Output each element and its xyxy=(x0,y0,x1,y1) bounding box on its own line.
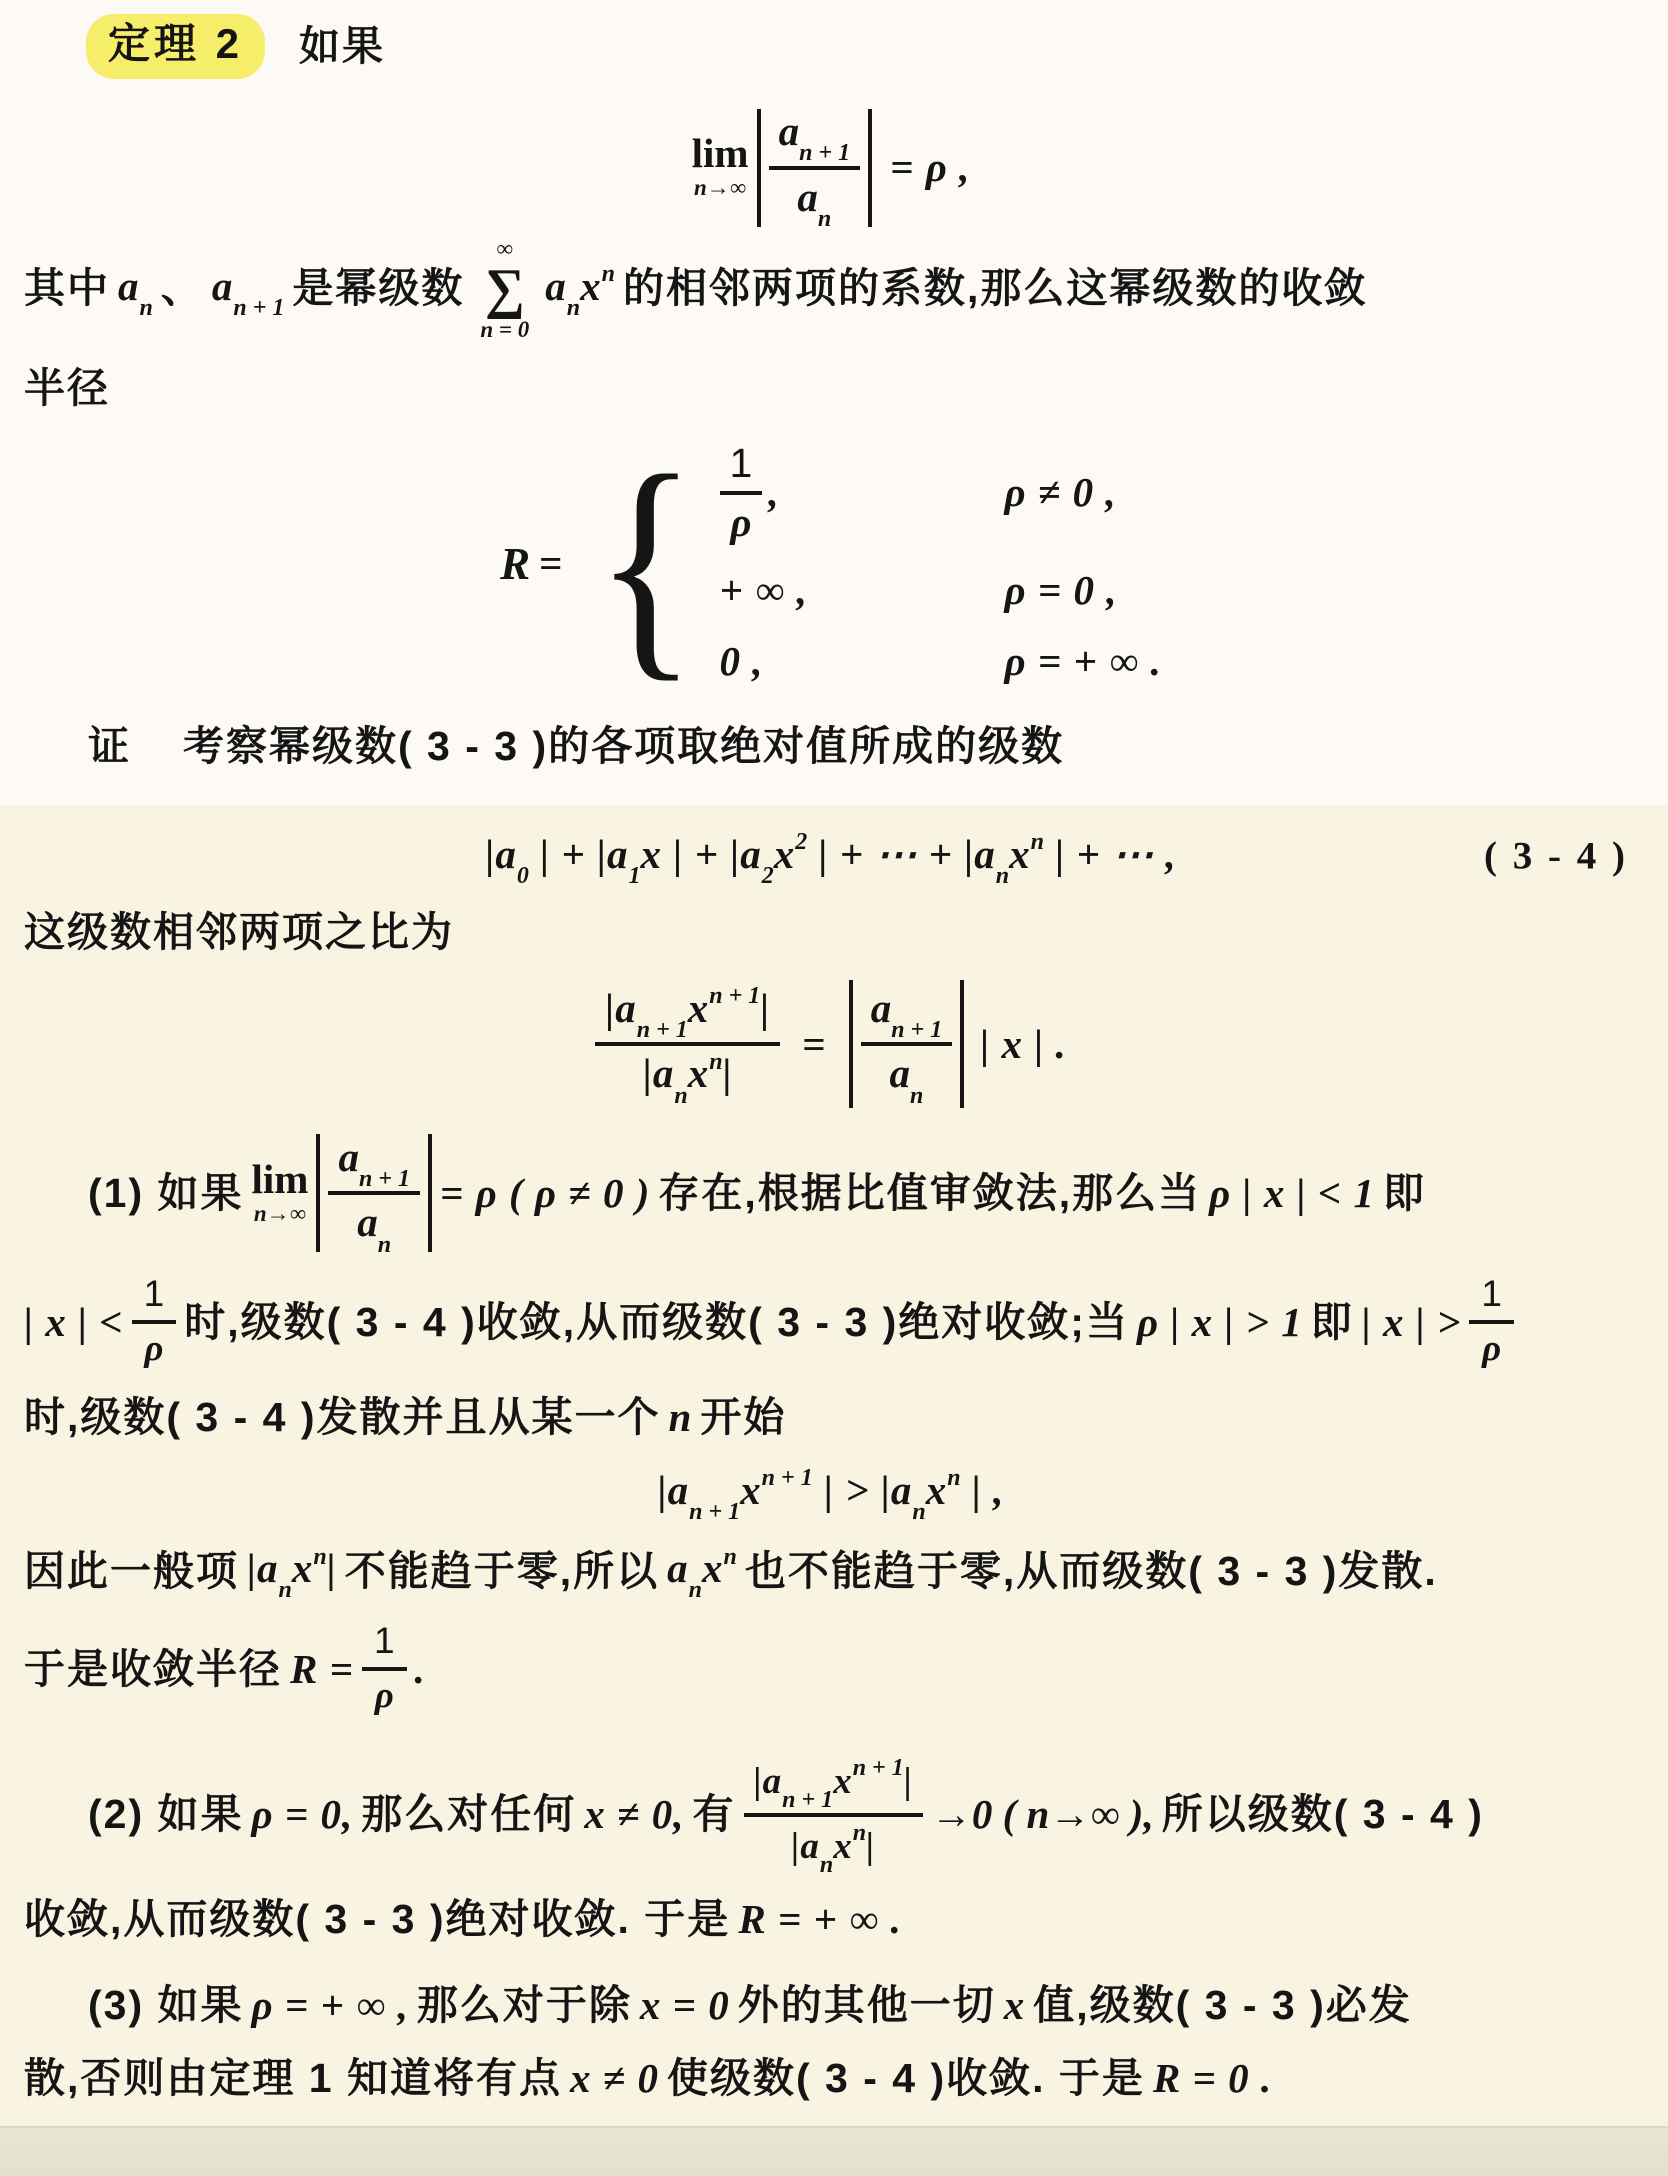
inline-frac1-num: 1 xyxy=(132,1274,177,1324)
case1-text-2: 存在,根据比值审敛法,那么当 xyxy=(658,1168,1201,1219)
conclusion-period: . xyxy=(415,1644,426,1695)
cases-brace: { xyxy=(595,454,697,674)
ratio-equals: = xyxy=(802,1019,826,1070)
fraction-denominator: an xyxy=(797,170,831,227)
case2-ratio-num: |an + 1xn + 1| xyxy=(744,1757,923,1817)
case1-paragraph-line2: | x | < 1 ρ 时,级数( 3 - 4 )收敛,从而级数( 3 - 3 … xyxy=(0,1274,1668,1369)
rho-infinity: ρ = + ∞ , xyxy=(252,1980,409,2031)
conclusion-frac-num: 1 xyxy=(362,1621,407,1671)
inline-frac1-den: ρ xyxy=(132,1324,175,1370)
theorem-intro-text: 如果 xyxy=(299,21,385,72)
ratio-formula: |an + 1xn + 1| |anxn| = an + 1 an | x | … xyxy=(0,980,1668,1108)
abs-bar-left-2 xyxy=(849,980,853,1108)
terms-ratio-fraction: |an + 1xn + 1| |anxn| xyxy=(595,986,780,1103)
abs-x-greater: | x | > xyxy=(1362,1297,1462,1348)
case1-lim-word: lim xyxy=(252,1159,309,1200)
where-text-2: 是幂级数 xyxy=(292,263,464,314)
proof-heading-line: 证 考察幂级数( 3 - 3 )的各项取绝对值所成的级数 xyxy=(0,721,1668,772)
inline-frac2-num: 1 xyxy=(1469,1274,1514,1324)
coef-den-2: an xyxy=(890,1046,924,1103)
case-value-2: + ∞ , xyxy=(720,565,925,616)
abs-bar-right xyxy=(868,109,872,227)
proof-body-section: |a0 | + |a1x | + |a2x2 | + ⋯ + |anxn | +… xyxy=(0,805,1668,2126)
fraction-numerator: an + 1 xyxy=(769,109,861,170)
case1-paragraph-line4: 因此一般项 |anxn| 不能趋于零,所以 anxn 也不能趋于零,从而级数( … xyxy=(0,1543,1668,1599)
textbook-page: 定理 2 如果 lim n→∞ an + 1 an = ρ , 其中 an 、 … xyxy=(0,0,1668,2176)
where-text-1: 其中 xyxy=(24,263,110,314)
variable-n: n xyxy=(669,1392,693,1443)
case2-text-3: 有 xyxy=(693,1789,736,1840)
case1b-text-1: 时,级数( 3 - 4 )收敛,从而级数( 3 - 3 )绝对收敛;当 xyxy=(184,1297,1129,1348)
inequality-body: |an + 1xn + 1 | > |anxn | , xyxy=(658,1465,1005,1521)
ratio-intro-line: 这级数相邻两项之比为 xyxy=(0,907,1668,958)
case-value-3: 0 , xyxy=(720,636,925,687)
case1-denominator: ρ xyxy=(730,495,751,545)
coef-num-2: an + 1 xyxy=(861,986,953,1047)
x-nonzero: x ≠ 0, xyxy=(584,1789,684,1840)
coef-an: an xyxy=(118,261,153,317)
sum-upper-limit: ∞ xyxy=(497,237,513,260)
case1d-text-3: 也不能趋于零,从而级数( 3 - 3 )发散. xyxy=(745,1546,1438,1597)
case3b-text-2: 使级数( 3 - 4 )收敛. 于是 xyxy=(667,2053,1145,2104)
lim-word: lim xyxy=(692,133,749,174)
case1-bar-right xyxy=(428,1134,432,1252)
one-over-rho-conclusion: 1 ρ xyxy=(362,1621,407,1716)
where-text-3: 的相邻两项的系数,那么这幂级数的收敛 xyxy=(623,263,1367,314)
case1-comma: , xyxy=(768,467,779,518)
case3-lead: (3) 如果 xyxy=(88,1980,244,2031)
radius-cases-formula: R = { 1 ρ , ρ ≠ 0 , + ∞ , ρ = 0 , 0 , ρ … xyxy=(0,441,1668,688)
limit-operator: lim n→∞ xyxy=(692,133,749,202)
coef-an1: an + 1 xyxy=(212,261,285,317)
abs-x-less: | x | < xyxy=(24,1297,124,1348)
case1-frac-num: an + 1 xyxy=(328,1135,420,1196)
radius-zero: R = 0 . xyxy=(1153,2053,1272,2104)
case1-fraction: an + 1 an xyxy=(328,1135,420,1252)
proof-intro-text: 考察幂级数( 3 - 3 )的各项取绝对值所成的级数 xyxy=(183,721,1064,772)
case1d-text-2: 不能趋于零,所以 xyxy=(345,1546,659,1597)
conclusion-frac-den: ρ xyxy=(363,1671,406,1717)
x-nonzero-2: x ≠ 0 xyxy=(570,2053,659,2104)
one-over-rho-inline-2: 1 ρ xyxy=(1469,1274,1514,1369)
series-terms: |a0 | + |a1x | + |a2x2 | + ⋯ + |anxn | +… xyxy=(485,829,1176,885)
cases-grid: 1 ρ , ρ ≠ 0 , + ∞ , ρ = 0 , 0 , ρ = + ∞ … xyxy=(720,441,1162,688)
case2-text-4: 所以级数( 3 - 4 ) xyxy=(1162,1789,1484,1840)
anxn-term: anxn xyxy=(667,1543,737,1599)
x-zero: x = 0 xyxy=(640,1980,730,2031)
case3-paragraph-line1: (3) 如果 ρ = + ∞ , 那么对于除 x = 0 外的其他一切 x 值,… xyxy=(0,1980,1668,2031)
rho-x-greater: ρ | x | > 1 xyxy=(1137,1297,1303,1348)
abs-bar-right-2 xyxy=(960,980,964,1108)
abs-x-tail: | x | . xyxy=(980,1019,1067,1070)
case1-limit-operator: lim n→∞ xyxy=(252,1159,309,1228)
case2b-text: 收敛,从而级数( 3 - 3 )绝对收敛. 于是 xyxy=(24,1894,730,1945)
case1-text-3: 即 xyxy=(1383,1168,1426,1219)
case2-paragraph-line1: (2) 如果 ρ = 0, 那么对任何 x ≠ 0, 有 |an + 1xn +… xyxy=(0,1757,1668,1873)
radius-infinity: R = + ∞ . xyxy=(738,1894,902,1945)
series-general-term: anxn xyxy=(545,261,615,317)
case1d-text-1: 因此一般项 xyxy=(24,1546,239,1597)
rho-zero: ρ = 0, xyxy=(252,1789,354,1840)
cases-equals: = xyxy=(539,538,563,589)
theorem-heading-line: 定理 2 如果 xyxy=(0,14,1668,79)
radius-symbol: R xyxy=(500,536,531,592)
case1-paragraph-line3: 时,级数( 3 - 4 )发散并且从某一个 n 开始 xyxy=(0,1392,1668,1443)
case2-lead: (2) 如果 xyxy=(88,1789,244,1840)
case-value-1: 1 ρ , xyxy=(720,441,925,545)
case3-text-4: 值,级数( 3 - 3 )必发 xyxy=(1033,1980,1412,2031)
one-over-rho: 1 ρ xyxy=(720,441,763,545)
case1-bar-left xyxy=(316,1134,320,1252)
case1c-text-2: 开始 xyxy=(700,1392,786,1443)
case3b-text-1: 散,否则由定理 1 知道将有点 xyxy=(24,2053,562,2104)
case-condition-3: ρ = + ∞ . xyxy=(1005,636,1162,687)
abs-bar-left xyxy=(757,109,761,227)
theorem-section: 定理 2 如果 lim n→∞ an + 1 an = ρ , 其中 an 、 … xyxy=(0,0,1668,805)
equals-rho: = ρ , xyxy=(890,142,970,193)
case1-numerator: 1 xyxy=(720,441,763,495)
radius-word: 半径 xyxy=(24,363,110,414)
equation-tag-3-4: ( 3 - 4 ) xyxy=(1484,833,1628,882)
abs-anxn: |anxn| xyxy=(247,1543,337,1599)
case2-ratio-fraction: |an + 1xn + 1| |anxn| xyxy=(744,1757,923,1873)
radius-equals: R = xyxy=(290,1644,354,1695)
where-paragraph-line1: 其中 an 、 an + 1 是幂级数 ∞ ∑ n = 0 anxn 的相邻两项… xyxy=(0,237,1668,342)
case1-rho-condition: = ρ ( ρ ≠ 0 ) xyxy=(440,1168,650,1219)
ratio-denominator: |anxn| xyxy=(643,1046,733,1103)
sum-lower-limit: n = 0 xyxy=(480,318,529,341)
enumeration-comma: 、 xyxy=(161,263,204,314)
ratio-numerator: |an + 1xn + 1| xyxy=(595,986,780,1047)
coef-ratio-fraction: an + 1 an xyxy=(769,109,861,226)
case1-inequality: ρ | x | < 1 xyxy=(1209,1168,1375,1219)
where-paragraph-line2: 半径 xyxy=(0,363,1668,414)
case1b-text-2: 即 xyxy=(1311,1297,1354,1348)
case2-conclusion-line: 收敛,从而级数( 3 - 3 )绝对收敛. 于是 R = + ∞ . xyxy=(0,1894,1668,1945)
case1-conclusion-line: 于是收敛半径 R = 1 ρ . xyxy=(0,1621,1668,1716)
case3-text-2: 那么对于除 xyxy=(417,1980,632,2031)
case3-conclusion-line: 散,否则由定理 1 知道将有点 x ≠ 0 使级数( 3 - 4 )收敛. 于是… xyxy=(0,2053,1668,2104)
sigma-symbol: ∑ xyxy=(485,260,525,319)
tends-to-zero: →0 ( n→∞ ), xyxy=(931,1789,1154,1840)
case-condition-1: ρ ≠ 0 , xyxy=(1005,467,1162,518)
theorem-badge: 定理 2 xyxy=(86,14,265,79)
case1-lead: (1) 如果 xyxy=(88,1168,244,1219)
series-3-4-formula: |a0 | + |a1x | + |a2x2 | + ⋯ + |anxn | +… xyxy=(0,829,1668,885)
lim-subscript: n→∞ xyxy=(694,174,746,202)
power-series-sum: ∞ ∑ n = 0 xyxy=(480,237,529,342)
case1c-text-1: 时,级数( 3 - 4 )发散并且从某一个 xyxy=(24,1392,661,1443)
case-condition-2: ρ = 0 , xyxy=(1005,565,1162,616)
term-inequality-formula: |an + 1xn + 1 | > |anxn | , xyxy=(0,1465,1668,1521)
case1-paragraph-line1: (1) 如果 lim n→∞ an + 1 an = ρ ( ρ ≠ 0 ) 存… xyxy=(0,1134,1668,1252)
page-bottom-strip xyxy=(0,2126,1668,2176)
case1-frac-den: an xyxy=(357,1195,391,1252)
case1-lim-sub: n→∞ xyxy=(254,1200,306,1228)
one-over-rho-inline-1: 1 ρ xyxy=(132,1274,177,1369)
case2-text-2: 那么对任何 xyxy=(361,1789,576,1840)
inline-frac2-den: ρ xyxy=(1470,1324,1513,1370)
variable-x: x xyxy=(1004,1980,1026,2031)
proof-label: 证 xyxy=(88,721,131,772)
limit-formula: lim n→∞ an + 1 an = ρ , xyxy=(0,109,1668,227)
coef-ratio-fraction-2: an + 1 an xyxy=(861,986,953,1103)
case3-text-3: 外的其他一切 xyxy=(738,1980,996,2031)
ratio-intro-text: 这级数相邻两项之比为 xyxy=(24,907,454,958)
case2-ratio-den: |anxn| xyxy=(791,1817,875,1873)
case1e-text-1: 于是收敛半径 xyxy=(24,1644,282,1695)
